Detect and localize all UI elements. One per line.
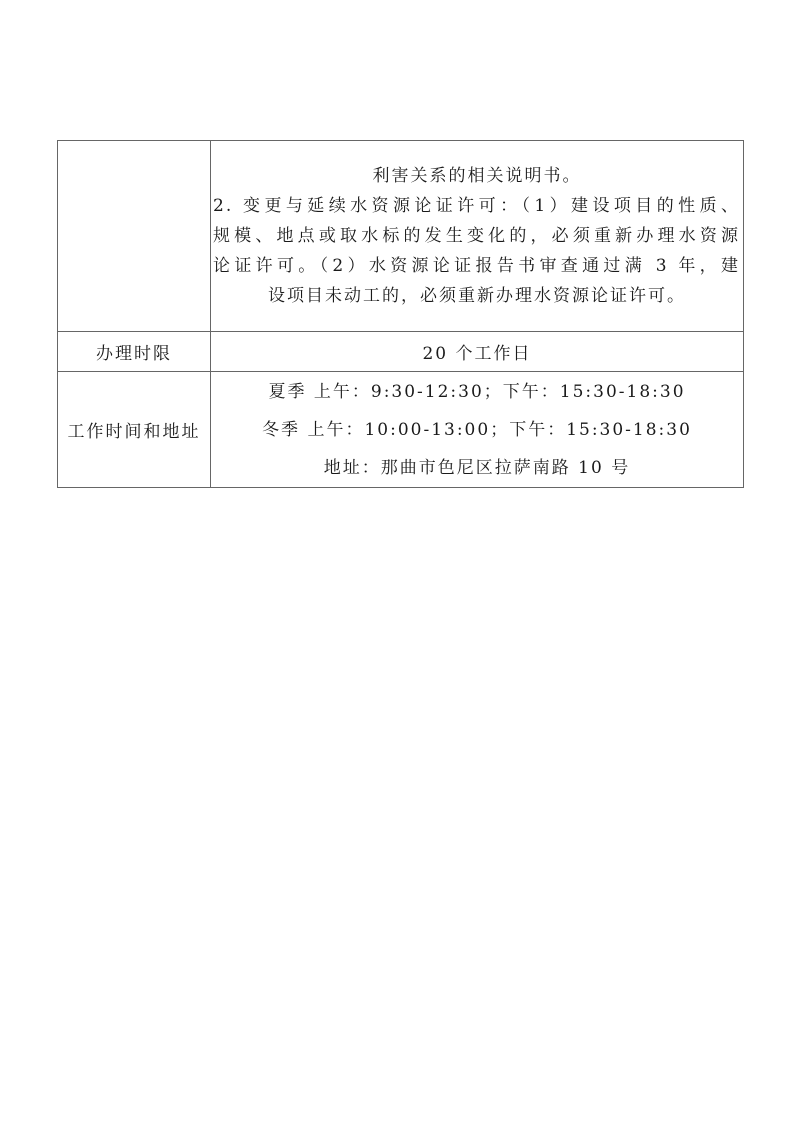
text-line: 设项目未动工的，必须重新办理水资源论证许可。 [211, 281, 743, 311]
hours-address-value: 夏季 上午：9:30-12:30；下午：15:30-18:30 冬季 上午：10… [211, 372, 744, 488]
row-label-hours-address: 工作时间和地址 [58, 372, 211, 488]
table-row-hours-address: 工作时间和地址 夏季 上午：9:30-12:30；下午：15:30-18:30 … [58, 372, 744, 488]
text-line: 2. 变更与延续水资源论证许可：（1）建设项目的性质、 [211, 191, 743, 221]
text-line: 利害关系的相关说明书。 [211, 161, 743, 191]
text-line: 论证许可。（2）水资源论证报告书审查通过满 3 年，建 [211, 251, 743, 281]
service-info-table: 利害关系的相关说明书。 2. 变更与延续水资源论证许可：（1）建设项目的性质、 … [57, 140, 744, 488]
row-label-empty [58, 141, 211, 332]
processing-time-value: 20 个工作日 [211, 332, 744, 372]
text-line: 规模、地点或取水标的发生变化的，必须重新办理水资源 [211, 221, 743, 251]
table-row-processing-time: 办理时限 20 个工作日 [58, 332, 744, 372]
requirements-text: 利害关系的相关说明书。 2. 变更与延续水资源论证许可：（1）建设项目的性质、 … [211, 141, 744, 332]
row-label-processing-time: 办理时限 [58, 332, 211, 372]
summer-hours: 夏季 上午：9:30-12:30；下午：15:30-18:30 [211, 373, 743, 411]
table-row-requirements-continued: 利害关系的相关说明书。 2. 变更与延续水资源论证许可：（1）建设项目的性质、 … [58, 141, 744, 332]
winter-hours: 冬季 上午：10:00-13:00；下午：15:30-18:30 [211, 411, 743, 449]
office-address: 地址：那曲市色尼区拉萨南路 10 号 [211, 449, 743, 487]
